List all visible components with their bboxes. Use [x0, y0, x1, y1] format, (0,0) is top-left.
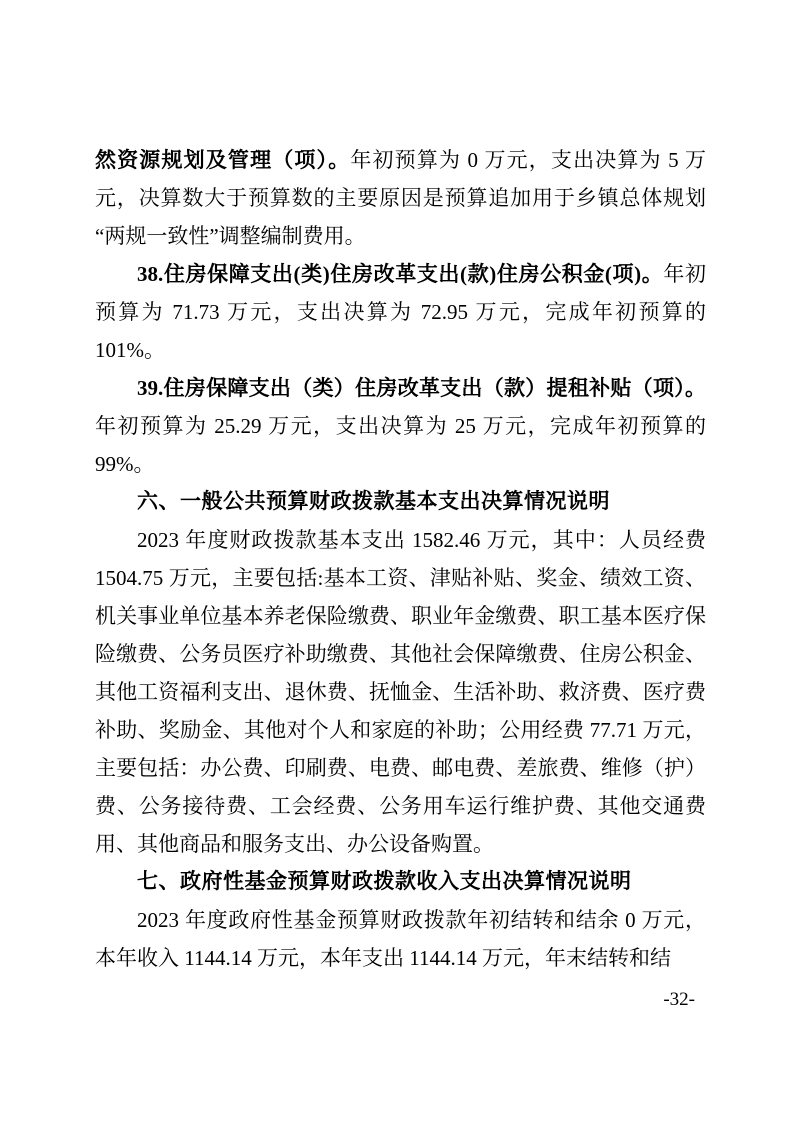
- text-segment: 2023 年度财政拨款基本支出 1582.46 万元，其中：人员经费 1504.…: [95, 528, 706, 856]
- paragraph-budget-item-38: 38.住房保障支出(类)住房改革支出(款)住房公积金(项)。年初预算为 71.7…: [95, 255, 706, 369]
- text-segment: 年初预算为 25.29 万元，支出决算为 25 万元，完成年初预算的 99%。: [95, 414, 706, 476]
- bold-text-segment: 六、一般公共预算财政拨款基本支出决算情况说明: [137, 490, 610, 513]
- paragraph-section-6-body: 2023 年度财政拨款基本支出 1582.46 万元，其中：人员经费 1504.…: [95, 521, 706, 863]
- document-content: 然资源规划及管理（项）。年初预算为 0 万元，支出决算为 5 万元，决算数大于预…: [95, 141, 706, 977]
- paragraph-budget-item-39: 39.住房保障支出（类）住房改革支出（款）提租补贴（项）。年初预算为 25.29…: [95, 369, 706, 483]
- bold-text-segment: 然资源规划及管理（项）。: [95, 148, 350, 172]
- paragraph-budget-item-37-continued: 然资源规划及管理（项）。年初预算为 0 万元，支出决算为 5 万元，决算数大于预…: [95, 141, 706, 255]
- page-number: -32-: [663, 988, 695, 1012]
- paragraph-section-7-body: 2023 年度政府性基金预算财政拨款年初结转和结余 0 万元，本年收入 1144…: [95, 901, 706, 977]
- bold-text-segment: 39.住房保障支出（类）住房改革支出（款）提租补贴（项）。: [137, 376, 706, 400]
- paragraph-section-7-heading: 七、政府性基金预算财政拨款收入支出决算情况说明: [95, 863, 706, 901]
- bold-text-segment: 七、政府性基金预算财政拨款收入支出决算情况说明: [137, 870, 632, 893]
- paragraph-section-6-heading: 六、一般公共预算财政拨款基本支出决算情况说明: [95, 483, 706, 521]
- text-segment: 2023 年度政府性基金预算财政拨款年初结转和结余 0 万元，本年收入 1144…: [95, 908, 706, 970]
- bold-text-segment: 38.住房保障支出(类)住房改革支出(款)住房公积金(项)。: [137, 262, 663, 286]
- document-page: 然资源规划及管理（项）。年初预算为 0 万元，支出决算为 5 万元，决算数大于预…: [0, 0, 793, 1122]
